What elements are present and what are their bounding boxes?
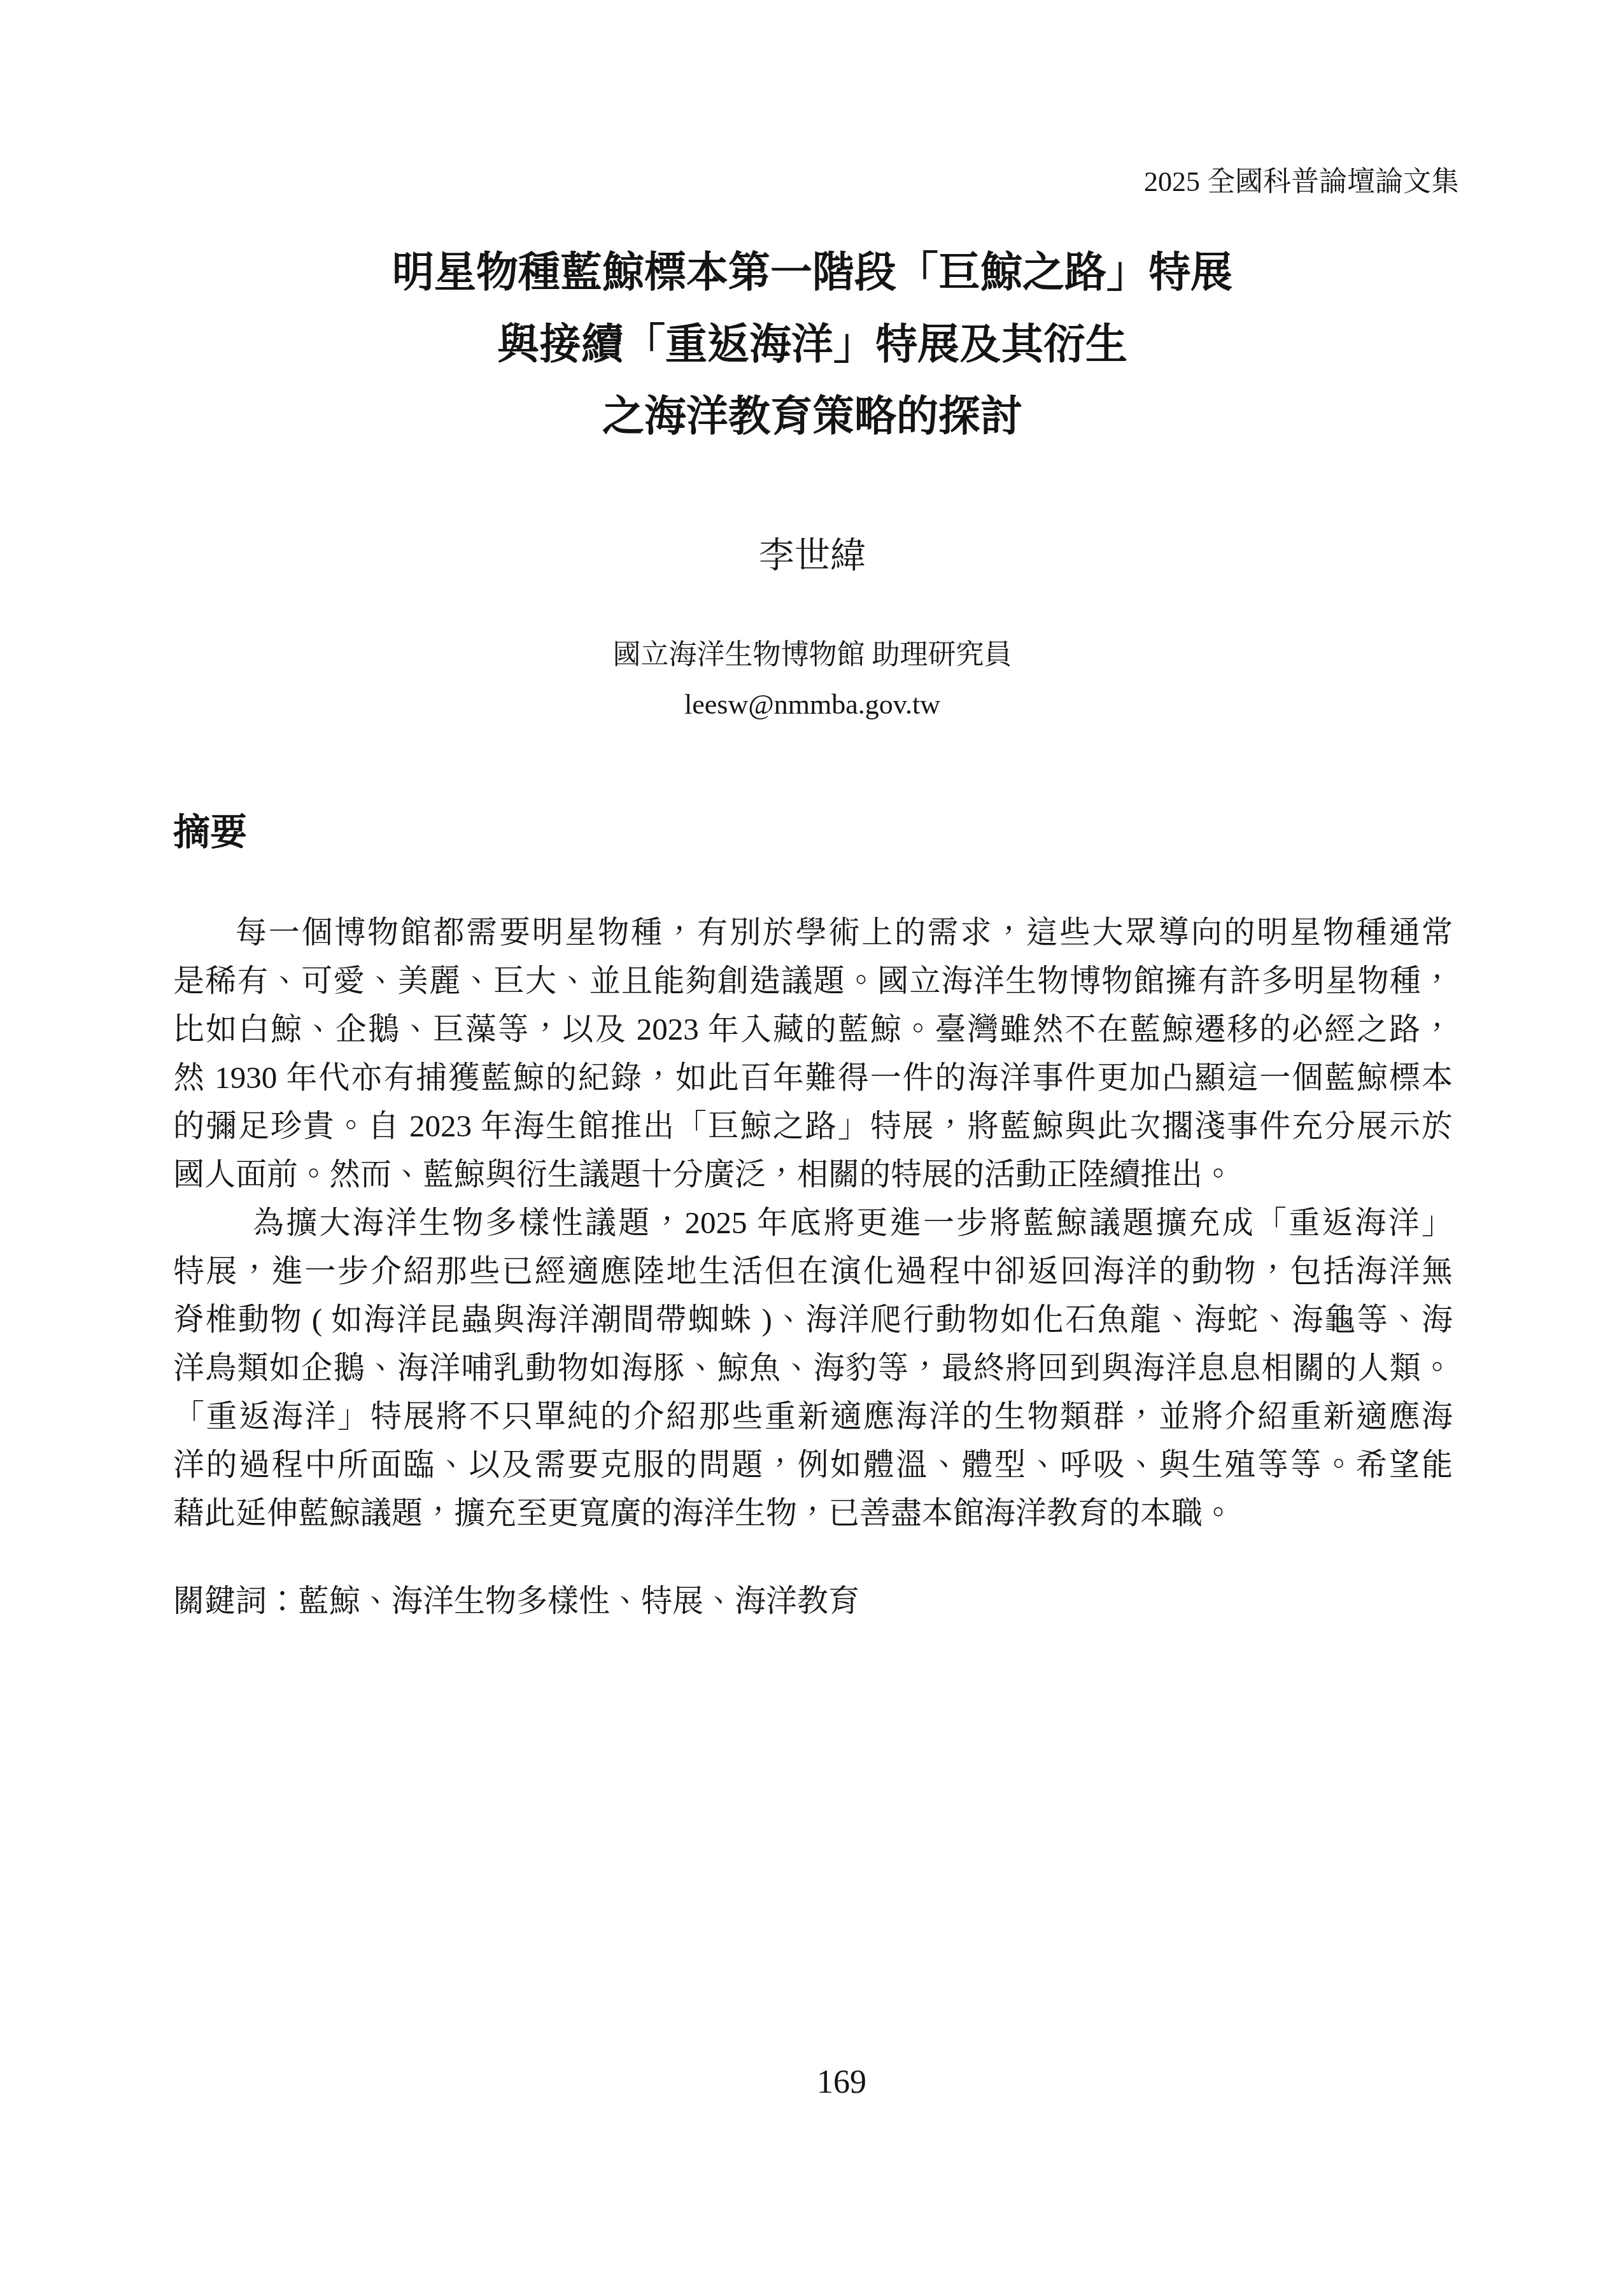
- abstract-p2-line: 特展，進一步介紹那些已經適應陸地生活但在演化過程中卻返回海洋的動物，包括海洋無: [173, 1247, 1453, 1296]
- author-name: 李世緯: [172, 534, 1453, 578]
- keywords-line: 關鍵詞：藍鯨、海洋生物多樣性、特展、海洋教育: [173, 1577, 1453, 1625]
- paper-page: 2025 全國科普論壇論文集 明星物種藍鯨標本第一階段「巨鯨之路」特展 與接續「…: [0, 0, 1624, 2278]
- paper-title-line-2: 與接續「重返海洋」特展及其衍生: [172, 309, 1453, 381]
- abstract-p1-line: 國人面前。然而、藍鯨與衍生議題十分廣泛，相關的特展的活動正陸續推出。: [173, 1150, 1453, 1199]
- running-header: 2025 全國科普論壇論文集: [1144, 164, 1459, 200]
- abstract-p2-line: 藉此延伸藍鯨議題，擴充至更寬廣的海洋生物，已善盡本館海洋教育的本職。: [173, 1489, 1453, 1538]
- abstract-p1-line: 的彌足珍貴。自 2023 年海生館推出「巨鯨之路」特展，將藍鯨與此次擱淺事件充分…: [173, 1102, 1453, 1150]
- author-email: leesw@nmmba.gov.tw: [172, 686, 1453, 723]
- abstract-p1-line: 每一個博物館都需要明星物種，有別於學術上的需求，這些大眾導向的明星物種通常: [173, 909, 1453, 957]
- abstract-p1-line: 比如白鯨、企鵝、巨藻等，以及 2023 年入藏的藍鯨。臺灣雖然不在藍鯨遷移的必經…: [173, 1005, 1453, 1054]
- abstract-body: 每一個博物館都需要明星物種，有別於學術上的需求，這些大眾導向的明星物種通常 是稀…: [173, 909, 1453, 1538]
- abstract-p2-line: 洋鳥類如企鵝、海洋哺乳動物如海豚、鯨魚、海豹等，最終將回到與海洋息息相關的人類。: [173, 1344, 1453, 1392]
- abstract-p2-line: 為擴大海洋生物多樣性議題，2025 年底將更進一步將藍鯨議題擴充成「重返海洋」: [173, 1199, 1453, 1247]
- abstract-p1-line: 是稀有、可愛、美麗、巨大、並且能夠創造議題。國立海洋生物博物館擁有許多明星物種，: [173, 957, 1453, 1005]
- abstract-p2-line: 洋的過程中所面臨、以及需要克服的問題，例如體溫、體型、呼吸、與生殖等等。希望能: [173, 1441, 1453, 1489]
- paper-title: 明星物種藍鯨標本第一階段「巨鯨之路」特展 與接續「重返海洋」特展及其衍生 之海洋…: [172, 237, 1453, 453]
- abstract-heading: 摘要: [173, 807, 247, 858]
- paper-title-line-3: 之海洋教育策略的探討: [172, 381, 1453, 453]
- page-number: 169: [817, 2065, 866, 2100]
- abstract-p2-line: 「重返海洋」特展將不只單純的介紹那些重新適應海洋的生物類群，並將介紹重新適應海: [173, 1392, 1453, 1441]
- paper-title-line-1: 明星物種藍鯨標本第一階段「巨鯨之路」特展: [172, 237, 1453, 309]
- abstract-p2-line: 脊椎動物 ( 如海洋昆蟲與海洋潮間帶蜘蛛 )、海洋爬行動物如化石魚龍、海蛇、海龜…: [173, 1296, 1453, 1344]
- abstract-p1-line: 然 1930 年代亦有捕獲藍鯨的紀錄，如此百年難得一件的海洋事件更加凸顯這一個藍…: [173, 1054, 1453, 1102]
- author-affiliation: 國立海洋生物博物館 助理研究員: [172, 637, 1453, 674]
